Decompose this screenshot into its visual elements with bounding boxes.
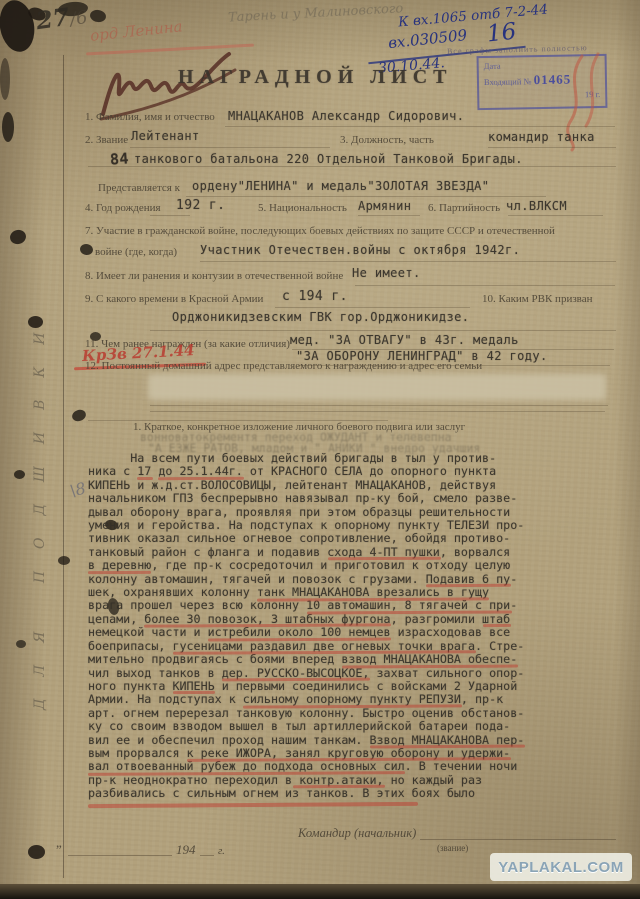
field-3-label: 3. Должность, часть [340,134,434,146]
margin-filing-note: ДЛЯ ПОДШИВКИ [32,240,48,710]
ink-note-registry: К вх.1065 отб 7-2-44 [398,1,549,30]
field-12-label: 12. Постоянный домашний адрес представля… [85,360,482,372]
field-5-label: 5. Национальность [258,202,347,214]
ruled-line [88,420,388,421]
field-7-label: 7. Участие в гражданской войне, последую… [85,225,555,237]
ruled-line [186,196,546,197]
field-4-label: 4. Год рождения [85,202,161,214]
ruled-line [355,285,615,286]
ink-number: 16 [486,19,518,48]
punch-hole [8,228,27,246]
punch-hole [79,243,94,256]
field-2-label: 2. Звание [85,134,128,146]
document-title: НАГРАДНОЙ ЛИСТ [178,66,453,89]
red-underline [137,477,153,480]
punch-hole [28,845,45,859]
field-6-value: чл.ВЛКСМ [506,199,567,213]
field-10-label: 10. Каким РВК призван [482,293,593,305]
red-underline [293,785,385,788]
date-line-2 [200,855,214,856]
erased-address-block [148,374,606,400]
field-10-value: Орджоникидзевским ГВК гор.Орджоникидзе. [172,310,469,324]
punch-hole [58,556,70,565]
punch-hole [89,9,107,24]
field-4-value: 192 г. [176,198,225,213]
ruled-line [150,330,616,331]
ruled-line [275,307,470,308]
date-line-1 [68,855,172,856]
field-3-value: командир танка [488,130,595,144]
award-sheet-page: ДЛЯ ПОДШИВКИ 27 /6 орд Ленина Тарень и у… [0,0,640,899]
red-underline [426,584,511,587]
pencil-note: Тарень и у Малиновского [228,1,404,25]
watermark: YAPLAKAL.COM [490,853,632,881]
ruled-line [488,147,616,148]
punch-hole [0,58,10,100]
present-value: ордену"ЛЕНИНА" и медаль"ЗОЛОТАЯ ЗВЕЗДА" [192,179,489,193]
punch-hole [28,316,43,328]
field-1-label: 1. Фамилия, имя и отчество [85,111,215,123]
red-underline [483,624,511,627]
date-year: 194 [176,842,196,858]
ruled-line [88,166,616,167]
field-7-value: Участник Отечествен.войны с октября 1942… [200,243,520,257]
ruled-line [150,411,605,412]
field-9-label: 9. С какого времени в Красной Армии [85,293,263,305]
field-1-value: МНАЦАКАНОВ Александр Сидорович. [228,109,464,123]
present-label: Представляется к [98,182,180,194]
rank-label: (звание) [437,843,468,853]
field-5-value: Армянин [358,199,411,213]
ruled-line [292,349,614,350]
margin-line [63,55,64,878]
date-year-suffix: г. [218,845,225,857]
ruled-line [130,147,330,148]
ruled-line [150,405,608,406]
ruled-line [298,365,610,366]
field-6-label: 6. Партийность [428,202,500,214]
margin-check-mark: \8 [68,479,87,501]
ruled-line [150,215,190,216]
red-underline [88,571,151,574]
ruled-line [358,215,420,216]
ruled-line [225,126,615,127]
red-pencil-note: орд Ленина [89,17,183,45]
punch-hole [16,640,26,648]
corner-number-suffix: /6 [69,7,89,30]
red-underline [158,477,244,480]
field-3-value-line2: танкового батальона 220 Отдельной Танков… [134,152,523,166]
field-8-label: 8. Имеет ли ранения и контузии в отечест… [85,270,343,282]
photo-bottom-edge [0,884,640,899]
date-quote-mark: ” [56,842,62,858]
punch-hole [2,112,14,142]
red-underline [88,802,418,808]
ruled-line [508,215,603,216]
field-11-value: мед. "ЗА ОТВАГУ" в 43г. медаль [290,333,519,347]
punch-hole [71,408,88,423]
field-9-value: с 194 г. [282,289,348,304]
field-8-value: Не имеет. [352,266,421,280]
commander-signature-line [420,839,616,840]
ruled-line [200,261,616,262]
field-2-value: Лейтенант [131,129,200,143]
commander-label: Командир (начальник) [298,826,416,841]
corner-number: 27 [34,2,71,35]
red-underline [173,691,215,694]
field-7-label2: войне (где, когда) [95,246,177,258]
punch-hole [14,470,25,479]
